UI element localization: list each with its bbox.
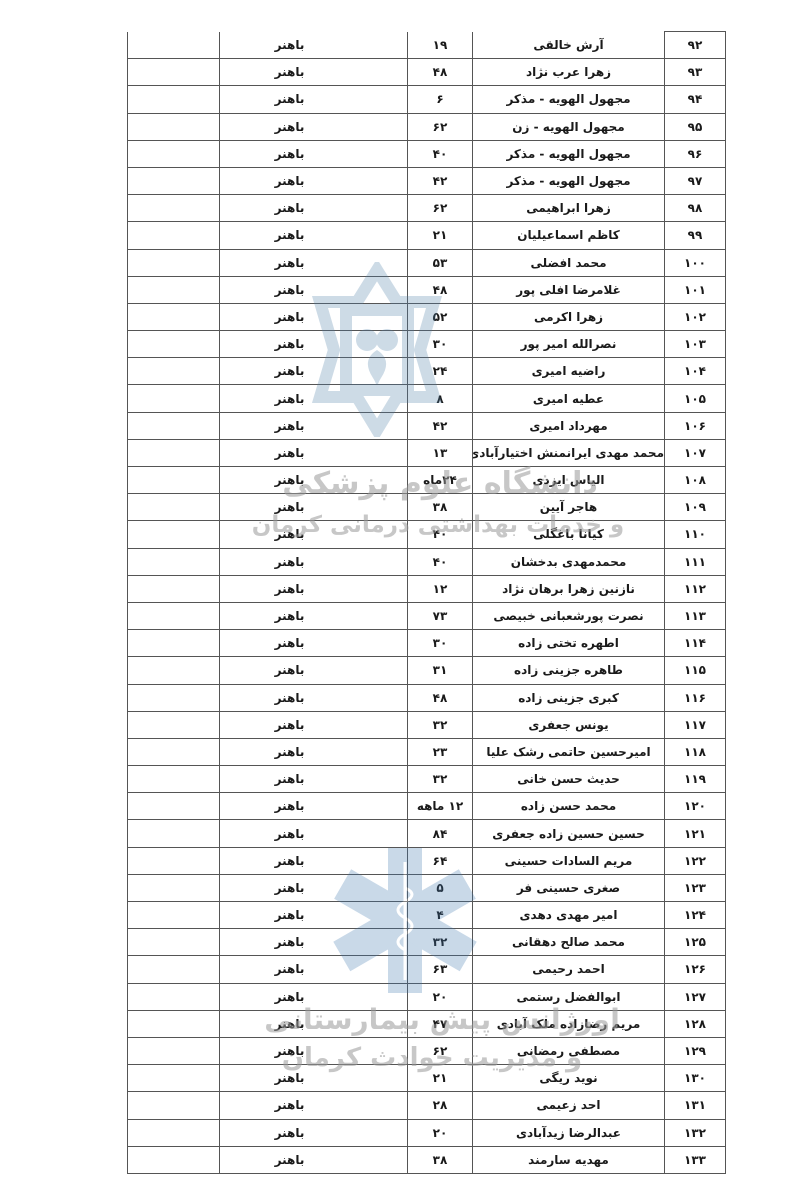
blank-cell xyxy=(128,358,220,385)
age-cell: ۴۰ xyxy=(408,521,473,548)
row-number-cell: ۹۷ xyxy=(665,167,726,194)
row-number-cell: ۹۴ xyxy=(665,86,726,113)
age-cell: ۸۴ xyxy=(408,820,473,847)
row-number-cell: ۱۰۷ xyxy=(665,439,726,466)
table-row: باهنر۳۰نصرالله امیر پور۱۰۳ xyxy=(128,331,726,358)
status-cell: باهنر xyxy=(220,385,408,412)
table-row: باهنر۴۲مجهول الهویه - مذکر۹۷ xyxy=(128,167,726,194)
status-cell: باهنر xyxy=(220,276,408,303)
row-number-cell: ۱۰۴ xyxy=(665,358,726,385)
table-row: باهنر۶۲زهرا ابراهیمی۹۸ xyxy=(128,195,726,222)
status-cell: باهنر xyxy=(220,684,408,711)
table-row: باهنر۳۸هاجر آیین۱۰۹ xyxy=(128,494,726,521)
blank-cell xyxy=(128,956,220,983)
age-cell: ۳۰ xyxy=(408,331,473,358)
row-number-cell: ۱۲۲ xyxy=(665,847,726,874)
row-number-cell: ۱۰۱ xyxy=(665,276,726,303)
age-cell: ۳۸ xyxy=(408,494,473,521)
table-row: باهنر۴۷مریم رضازاده ملک آبادی۱۲۸ xyxy=(128,1010,726,1037)
row-number-cell: ۱۱۲ xyxy=(665,575,726,602)
table-row: باهنر۴۲مهرداد امیری۱۰۶ xyxy=(128,412,726,439)
status-cell: باهنر xyxy=(220,820,408,847)
name-cell: کیانا باغگلی xyxy=(473,521,665,548)
table-row: باهنر۴۸غلامرضا افلی پور۱۰۱ xyxy=(128,276,726,303)
age-cell: ۴۸ xyxy=(408,276,473,303)
status-cell: باهنر xyxy=(220,793,408,820)
row-number-cell: ۹۳ xyxy=(665,59,726,86)
status-cell: باهنر xyxy=(220,59,408,86)
table-row: باهنر۴۰مجهول الهویه - مذکر۹۶ xyxy=(128,140,726,167)
table-row: باهنر۱۹آرش خالقی۹۲ xyxy=(128,32,726,59)
status-cell: باهنر xyxy=(220,575,408,602)
age-cell: ۴۲ xyxy=(408,412,473,439)
blank-cell xyxy=(128,439,220,466)
name-cell: حسین حسین زاده جعفری xyxy=(473,820,665,847)
row-number-cell: ۱۳۳ xyxy=(665,1146,726,1173)
age-cell: ۴۰ xyxy=(408,140,473,167)
table-row: باهنر۲۸احد زعیمی۱۳۱ xyxy=(128,1092,726,1119)
row-number-cell: ۱۱۳ xyxy=(665,602,726,629)
status-cell: باهنر xyxy=(220,467,408,494)
name-cell: مصطفی رمضانی xyxy=(473,1037,665,1064)
name-cell: الیاس ایزدی xyxy=(473,467,665,494)
name-cell: محمدمهدی بدخشان xyxy=(473,548,665,575)
name-cell: عطیه امیری xyxy=(473,385,665,412)
row-number-cell: ۱۲۷ xyxy=(665,983,726,1010)
table-row: باهنر۶۳احمد رحیمی۱۲۶ xyxy=(128,956,726,983)
blank-cell xyxy=(128,766,220,793)
age-cell: ۶۴ xyxy=(408,847,473,874)
age-cell: ۱۲ xyxy=(408,575,473,602)
row-number-cell: ۱۰۲ xyxy=(665,303,726,330)
age-cell: ۲۱ xyxy=(408,1065,473,1092)
table-row: باهنر۸۴حسین حسین زاده جعفری۱۲۱ xyxy=(128,820,726,847)
blank-cell xyxy=(128,630,220,657)
blank-cell xyxy=(128,1119,220,1146)
blank-cell xyxy=(128,1146,220,1173)
name-cell: صغری حسینی فر xyxy=(473,874,665,901)
age-cell: ۶۲ xyxy=(408,1037,473,1064)
name-cell: زهرا ابراهیمی xyxy=(473,195,665,222)
status-cell: باهنر xyxy=(220,521,408,548)
row-number-cell: ۱۳۱ xyxy=(665,1092,726,1119)
age-cell: ۵۳ xyxy=(408,249,473,276)
blank-cell xyxy=(128,983,220,1010)
blank-cell xyxy=(128,602,220,629)
status-cell: باهنر xyxy=(220,956,408,983)
status-cell: باهنر xyxy=(220,711,408,738)
age-cell: ۴ xyxy=(408,902,473,929)
age-cell: ۴۸ xyxy=(408,684,473,711)
blank-cell xyxy=(128,548,220,575)
age-cell: ۳۲ xyxy=(408,929,473,956)
table-row: باهنر۳۲حدیث حسن خانی۱۱۹ xyxy=(128,766,726,793)
status-cell: باهنر xyxy=(220,1119,408,1146)
name-cell: نازنین زهرا برهان نژاد xyxy=(473,575,665,602)
blank-cell xyxy=(128,575,220,602)
status-cell: باهنر xyxy=(220,902,408,929)
age-cell: ۶۲ xyxy=(408,113,473,140)
status-cell: باهنر xyxy=(220,32,408,59)
blank-cell xyxy=(128,385,220,412)
name-cell: امیرحسین حاتمی رشک علیا xyxy=(473,738,665,765)
blank-cell xyxy=(128,902,220,929)
table-row: باهنر۴۰محمدمهدی بدخشان۱۱۱ xyxy=(128,548,726,575)
name-cell: مجهول الهویه - مذکر xyxy=(473,86,665,113)
table-row: باهنر۵صغری حسینی فر۱۲۳ xyxy=(128,874,726,901)
status-cell: باهنر xyxy=(220,86,408,113)
age-cell: ۲۱ xyxy=(408,222,473,249)
blank-cell xyxy=(128,32,220,59)
blank-cell xyxy=(128,249,220,276)
table-row: باهنر۳۲یونس جعفری۱۱۷ xyxy=(128,711,726,738)
age-cell: ۲۴ xyxy=(408,358,473,385)
name-cell: مجهول الهویه - مذکر xyxy=(473,167,665,194)
row-number-cell: ۱۲۵ xyxy=(665,929,726,956)
blank-cell xyxy=(128,140,220,167)
table-row: باهنر۳۸مهدیه سارمند۱۳۳ xyxy=(128,1146,726,1173)
name-cell: احد زعیمی xyxy=(473,1092,665,1119)
age-cell: ۴۸ xyxy=(408,59,473,86)
row-number-cell: ۱۲۰ xyxy=(665,793,726,820)
name-cell: طاهره جزینی زاده xyxy=(473,657,665,684)
name-cell: مهدیه سارمند xyxy=(473,1146,665,1173)
row-number-cell: ۱۲۶ xyxy=(665,956,726,983)
row-number-cell: ۹۵ xyxy=(665,113,726,140)
status-cell: باهنر xyxy=(220,602,408,629)
status-cell: باهنر xyxy=(220,1092,408,1119)
patient-roster-table: باهنر۱۹آرش خالقی۹۲باهنر۴۸زهرا عرب نژاد۹۳… xyxy=(127,31,726,1174)
name-cell: نصرت پورشعبانی خبیصی xyxy=(473,602,665,629)
row-number-cell: ۱۱۵ xyxy=(665,657,726,684)
age-cell: ۱۹ xyxy=(408,32,473,59)
row-number-cell: ۱۳۲ xyxy=(665,1119,726,1146)
name-cell: عبدالرضا زیدآبادی xyxy=(473,1119,665,1146)
row-number-cell: ۱۰۶ xyxy=(665,412,726,439)
row-number-cell: ۱۰۳ xyxy=(665,331,726,358)
status-cell: باهنر xyxy=(220,847,408,874)
status-cell: باهنر xyxy=(220,222,408,249)
status-cell: باهنر xyxy=(220,331,408,358)
table-row: باهنر۶مجهول الهویه - مذکر۹۴ xyxy=(128,86,726,113)
blank-cell xyxy=(128,684,220,711)
status-cell: باهنر xyxy=(220,439,408,466)
name-cell: نوید ریگی xyxy=(473,1065,665,1092)
name-cell: امیر مهدی دهدی xyxy=(473,902,665,929)
row-number-cell: ۱۱۴ xyxy=(665,630,726,657)
age-cell: ۲۰ xyxy=(408,983,473,1010)
status-cell: باهنر xyxy=(220,983,408,1010)
blank-cell xyxy=(128,467,220,494)
age-cell: ۳۸ xyxy=(408,1146,473,1173)
age-cell: ۸ xyxy=(408,385,473,412)
blank-cell xyxy=(128,59,220,86)
roster-body: باهنر۱۹آرش خالقی۹۲باهنر۴۸زهرا عرب نژاد۹۳… xyxy=(128,32,726,1174)
age-cell: ۳۰ xyxy=(408,630,473,657)
age-cell: ۲۳ xyxy=(408,738,473,765)
blank-cell xyxy=(128,1092,220,1119)
row-number-cell: ۱۰۰ xyxy=(665,249,726,276)
table-row: باهنر۱۲نازنین زهرا برهان نژاد۱۱۲ xyxy=(128,575,726,602)
document-page: باهنر۱۹آرش خالقی۹۲باهنر۴۸زهرا عرب نژاد۹۳… xyxy=(0,0,800,1200)
blank-cell xyxy=(128,1010,220,1037)
table-row: باهنر۳۰اطهره تختی زاده۱۱۴ xyxy=(128,630,726,657)
row-number-cell: ۱۲۴ xyxy=(665,902,726,929)
age-cell: ۲۰ xyxy=(408,1119,473,1146)
row-number-cell: ۱۲۸ xyxy=(665,1010,726,1037)
row-number-cell: ۱۲۳ xyxy=(665,874,726,901)
name-cell: غلامرضا افلی پور xyxy=(473,276,665,303)
status-cell: باهنر xyxy=(220,630,408,657)
age-cell: ۲۸ xyxy=(408,1092,473,1119)
name-cell: احمد رحیمی xyxy=(473,956,665,983)
age-cell: ۲۴ماه xyxy=(408,467,473,494)
status-cell: باهنر xyxy=(220,1037,408,1064)
table-row: باهنر۲۱کاظم اسماعیلیان۹۹ xyxy=(128,222,726,249)
age-cell: ۵۲ xyxy=(408,303,473,330)
name-cell: محمد صالح دهقانی xyxy=(473,929,665,956)
status-cell: باهنر xyxy=(220,1065,408,1092)
blank-cell xyxy=(128,86,220,113)
name-cell: حدیث حسن خانی xyxy=(473,766,665,793)
name-cell: مهرداد امیری xyxy=(473,412,665,439)
table-row: باهنر۴امیر مهدی دهدی۱۲۴ xyxy=(128,902,726,929)
age-cell: ۴۷ xyxy=(408,1010,473,1037)
name-cell: آرش خالقی xyxy=(473,32,665,59)
age-cell: ۱۳ xyxy=(408,439,473,466)
blank-cell xyxy=(128,1037,220,1064)
status-cell: باهنر xyxy=(220,167,408,194)
name-cell: محمد افضلی xyxy=(473,249,665,276)
row-number-cell: ۱۰۹ xyxy=(665,494,726,521)
blank-cell xyxy=(128,412,220,439)
table-row: باهنر۸عطیه امیری۱۰۵ xyxy=(128,385,726,412)
blank-cell xyxy=(128,521,220,548)
age-cell: ۶۳ xyxy=(408,956,473,983)
row-number-cell: ۱۱۹ xyxy=(665,766,726,793)
status-cell: باهنر xyxy=(220,303,408,330)
blank-cell xyxy=(128,276,220,303)
name-cell: محمد مهدی ایرانمنش اختیارآبادی xyxy=(473,439,665,466)
table-row: باهنر۵۲زهرا اکرمی۱۰۲ xyxy=(128,303,726,330)
row-number-cell: ۱۱۰ xyxy=(665,521,726,548)
name-cell: نصرالله امیر پور xyxy=(473,331,665,358)
status-cell: باهنر xyxy=(220,929,408,956)
status-cell: باهنر xyxy=(220,113,408,140)
age-cell: ۳۲ xyxy=(408,766,473,793)
blank-cell xyxy=(128,738,220,765)
table-row: باهنر۲۴ماهالیاس ایزدی۱۰۸ xyxy=(128,467,726,494)
status-cell: باهنر xyxy=(220,249,408,276)
table-row: باهنر۶۴مریم السادات حسینی۱۲۲ xyxy=(128,847,726,874)
status-cell: باهنر xyxy=(220,412,408,439)
age-cell: ۵ xyxy=(408,874,473,901)
age-cell: ۱۲ ماهه xyxy=(408,793,473,820)
table-row: باهنر۱۳محمد مهدی ایرانمنش اختیارآبادی۱۰۷ xyxy=(128,439,726,466)
name-cell: ابوالفضل رستمی xyxy=(473,983,665,1010)
blank-cell xyxy=(128,167,220,194)
blank-cell xyxy=(128,494,220,521)
age-cell: ۳۲ xyxy=(408,711,473,738)
age-cell: ۴۰ xyxy=(408,548,473,575)
status-cell: باهنر xyxy=(220,1146,408,1173)
row-number-cell: ۱۱۶ xyxy=(665,684,726,711)
blank-cell xyxy=(128,222,220,249)
table-row: باهنر۲۰عبدالرضا زیدآبادی۱۳۲ xyxy=(128,1119,726,1146)
row-number-cell: ۱۱۱ xyxy=(665,548,726,575)
age-cell: ۷۳ xyxy=(408,602,473,629)
name-cell: مریم السادات حسینی xyxy=(473,847,665,874)
table-row: باهنر۱۲ ماههمحمد حسن زاده۱۲۰ xyxy=(128,793,726,820)
table-row: باهنر۳۲محمد صالح دهقانی۱۲۵ xyxy=(128,929,726,956)
table-row: باهنر۶۲مصطفی رمضانی۱۲۹ xyxy=(128,1037,726,1064)
status-cell: باهنر xyxy=(220,195,408,222)
blank-cell xyxy=(128,657,220,684)
blank-cell xyxy=(128,820,220,847)
table-row: باهنر۴۰کیانا باغگلی۱۱۰ xyxy=(128,521,726,548)
row-number-cell: ۹۹ xyxy=(665,222,726,249)
table-row: باهنر۵۳محمد افضلی۱۰۰ xyxy=(128,249,726,276)
table-row: باهنر۲۱نوید ریگی۱۳۰ xyxy=(128,1065,726,1092)
name-cell: زهرا عرب نژاد xyxy=(473,59,665,86)
age-cell: ۳۱ xyxy=(408,657,473,684)
blank-cell xyxy=(128,195,220,222)
table-row: باهنر۶۲مجهول الهویه - زن۹۵ xyxy=(128,113,726,140)
row-number-cell: ۱۳۰ xyxy=(665,1065,726,1092)
row-number-cell: ۹۲ xyxy=(665,32,726,59)
name-cell: کبری جزینی زاده xyxy=(473,684,665,711)
row-number-cell: ۱۲۹ xyxy=(665,1037,726,1064)
table-row: باهنر۴۸زهرا عرب نژاد۹۳ xyxy=(128,59,726,86)
blank-cell xyxy=(128,874,220,901)
row-number-cell: ۱۱۸ xyxy=(665,738,726,765)
status-cell: باهنر xyxy=(220,358,408,385)
age-cell: ۴۲ xyxy=(408,167,473,194)
name-cell: مجهول الهویه - مذکر xyxy=(473,140,665,167)
row-number-cell: ۱۱۷ xyxy=(665,711,726,738)
blank-cell xyxy=(128,1065,220,1092)
row-number-cell: ۱۰۵ xyxy=(665,385,726,412)
status-cell: باهنر xyxy=(220,548,408,575)
name-cell: اطهره تختی زاده xyxy=(473,630,665,657)
blank-cell xyxy=(128,711,220,738)
blank-cell xyxy=(128,847,220,874)
table-row: باهنر۴۸کبری جزینی زاده۱۱۶ xyxy=(128,684,726,711)
table-row: باهنر۲۴راضیه امیری۱۰۴ xyxy=(128,358,726,385)
age-cell: ۶ xyxy=(408,86,473,113)
name-cell: کاظم اسماعیلیان xyxy=(473,222,665,249)
blank-cell xyxy=(128,113,220,140)
status-cell: باهنر xyxy=(220,766,408,793)
table-row: باهنر۲۳امیرحسین حاتمی رشک علیا۱۱۸ xyxy=(128,738,726,765)
blank-cell xyxy=(128,929,220,956)
table-row: باهنر۷۳نصرت پورشعبانی خبیصی۱۱۳ xyxy=(128,602,726,629)
status-cell: باهنر xyxy=(220,140,408,167)
blank-cell xyxy=(128,331,220,358)
name-cell: مریم رضازاده ملک آبادی xyxy=(473,1010,665,1037)
name-cell: مجهول الهویه - زن xyxy=(473,113,665,140)
status-cell: باهنر xyxy=(220,657,408,684)
table-row: باهنر۳۱طاهره جزینی زاده۱۱۵ xyxy=(128,657,726,684)
status-cell: باهنر xyxy=(220,494,408,521)
blank-cell xyxy=(128,303,220,330)
row-number-cell: ۹۸ xyxy=(665,195,726,222)
table-row: باهنر۲۰ابوالفضل رستمی۱۲۷ xyxy=(128,983,726,1010)
age-cell: ۶۲ xyxy=(408,195,473,222)
row-number-cell: ۹۶ xyxy=(665,140,726,167)
row-number-cell: ۱۲۱ xyxy=(665,820,726,847)
name-cell: راضیه امیری xyxy=(473,358,665,385)
status-cell: باهنر xyxy=(220,1010,408,1037)
name-cell: یونس جعفری xyxy=(473,711,665,738)
status-cell: باهنر xyxy=(220,738,408,765)
blank-cell xyxy=(128,793,220,820)
name-cell: هاجر آیین xyxy=(473,494,665,521)
row-number-cell: ۱۰۸ xyxy=(665,467,726,494)
status-cell: باهنر xyxy=(220,874,408,901)
name-cell: محمد حسن زاده xyxy=(473,793,665,820)
name-cell: زهرا اکرمی xyxy=(473,303,665,330)
